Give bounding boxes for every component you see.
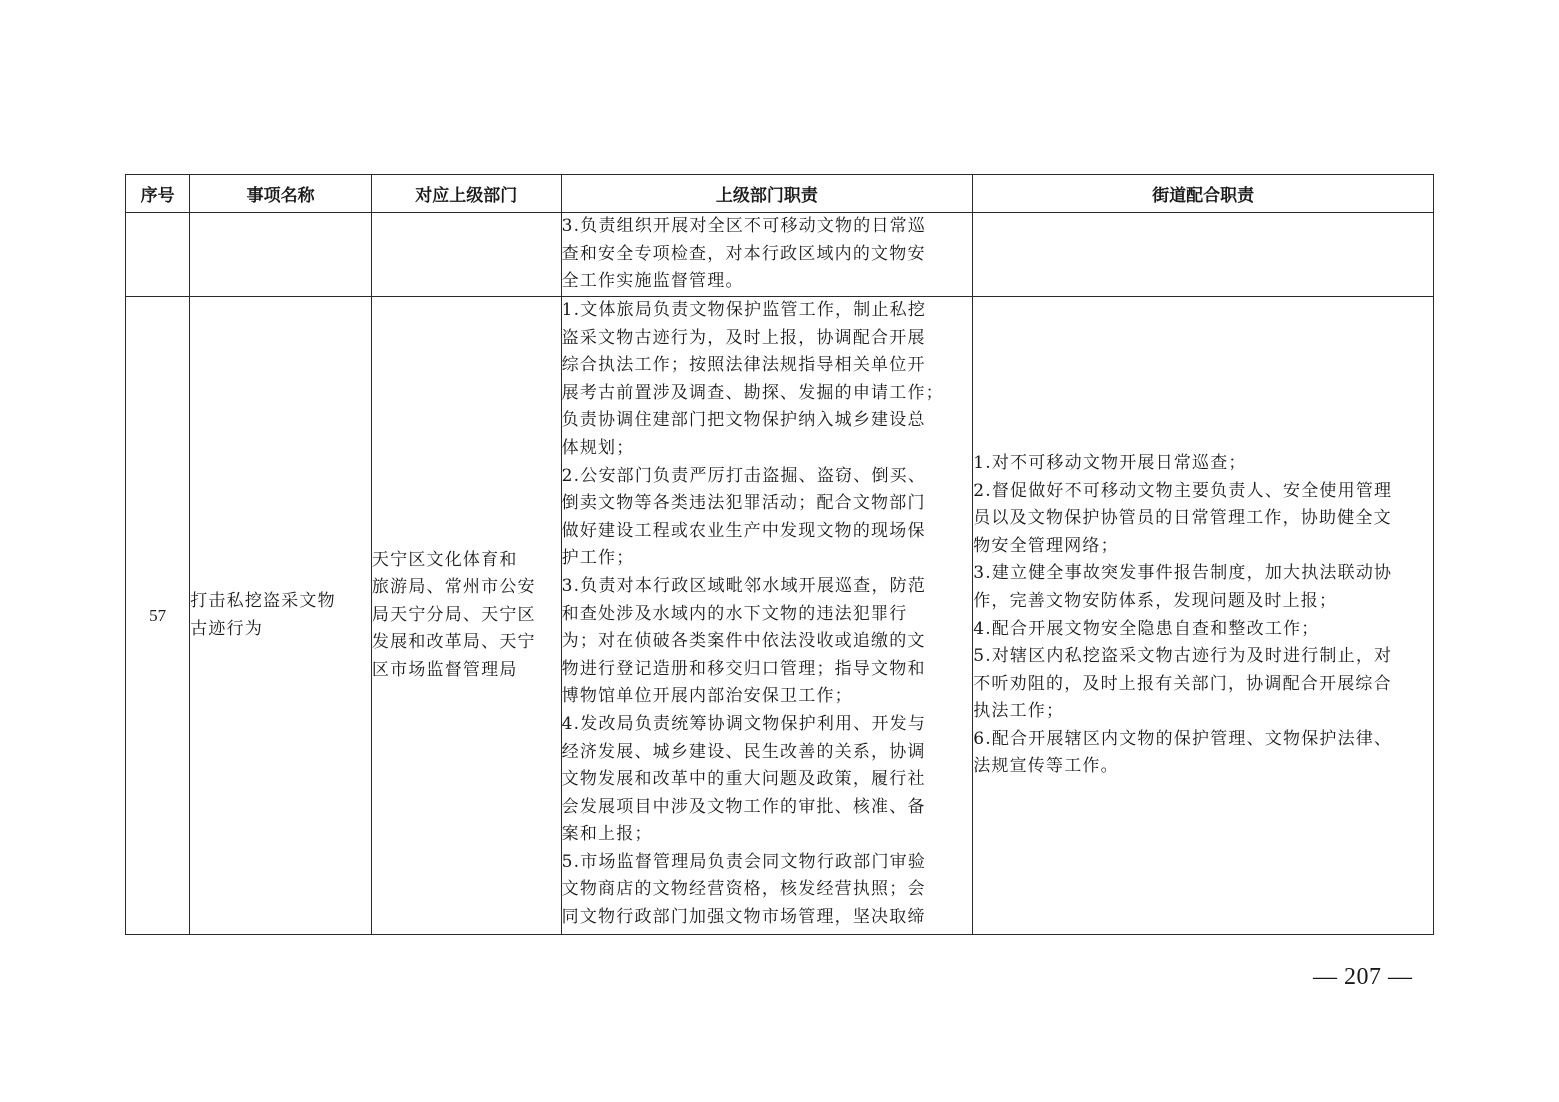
header-superior-duty: 上级部门职责 [561, 175, 973, 213]
header-street-duty: 街道配合职责 [973, 175, 1434, 213]
cell-no [126, 213, 190, 297]
cell-street-duty: 1.对不可移动文物开展日常巡查； 2.督促做好不可移动文物主要负责人、安全使用管… [973, 297, 1434, 935]
superior-duty-text: 1.文体旅局负责文物保护监管工作，制止私挖 盗采文物古迹行为，及时上报，协调配合… [562, 297, 973, 931]
duty-table: 序号 事项名称 对应上级部门 上级部门职责 街道配合职责 3.负责组织开展对全区… [125, 174, 1434, 935]
cell-superior-duty: 3.负责组织开展对全区不可移动文物的日常巡 查和安全专项检查，对本行政区域内的文… [561, 213, 973, 297]
cell-superior-dept: 天宁区文化体育和 旅游局、常州市公安 局天宁分局、天宁区 发展和改革局、天宁 区… [371, 297, 561, 935]
cell-no: 57 [126, 297, 190, 935]
cell-street-duty [973, 213, 1434, 297]
cell-superior-duty: 1.文体旅局负责文物保护监管工作，制止私挖 盗采文物古迹行为，及时上报，协调配合… [561, 297, 973, 935]
table-row: 57 打击私挖盗采文物 古迹行为 天宁区文化体育和 旅游局、常州市公安 局天宁分… [126, 297, 1434, 935]
page-number: — 207 — [1313, 964, 1413, 991]
cell-superior-dept [371, 213, 561, 297]
header-no: 序号 [126, 175, 190, 213]
table-row: 3.负责组织开展对全区不可移动文物的日常巡 查和安全专项检查，对本行政区域内的文… [126, 213, 1434, 297]
cell-item-name [190, 213, 372, 297]
table-header-row: 序号 事项名称 对应上级部门 上级部门职责 街道配合职责 [126, 175, 1434, 213]
header-superior-dept: 对应上级部门 [371, 175, 561, 213]
cell-item-name: 打击私挖盗采文物 古迹行为 [190, 297, 372, 935]
header-item-name: 事项名称 [190, 175, 372, 213]
